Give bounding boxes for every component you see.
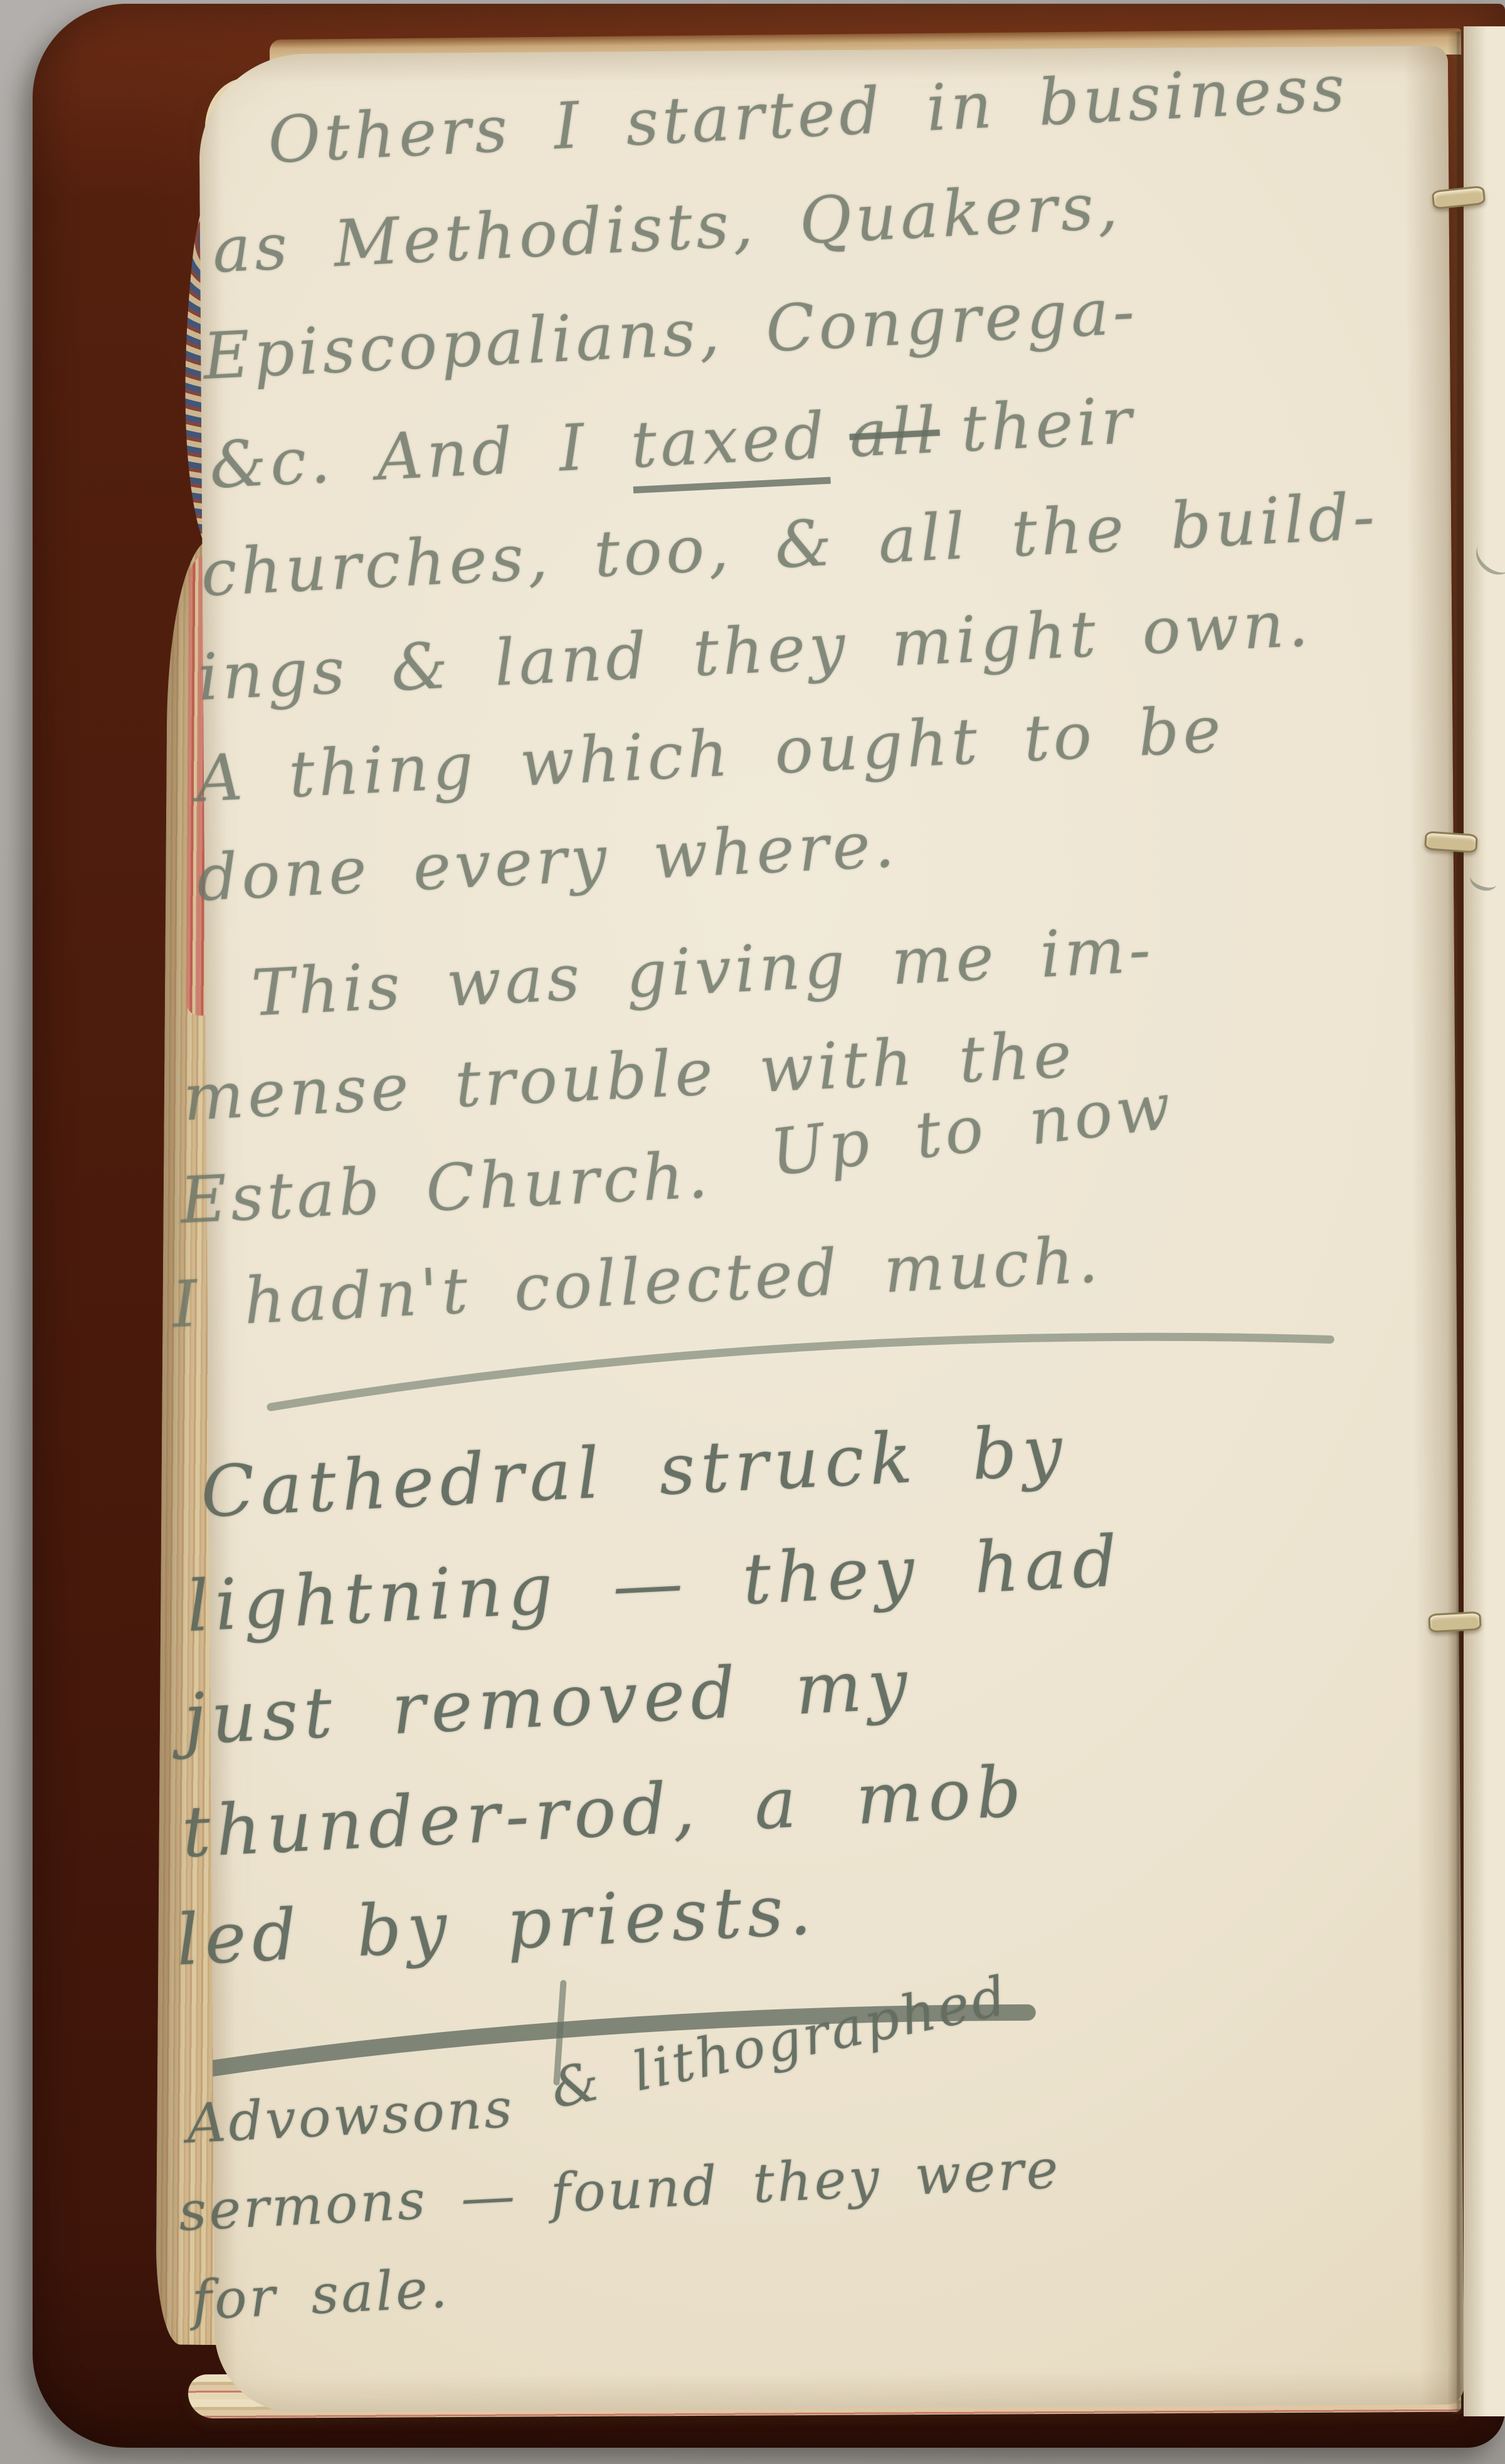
handwritten-line: just removed my bbox=[182, 1649, 914, 1755]
line-text: their bbox=[959, 384, 1138, 466]
handwritten-line: lightning — they had bbox=[185, 1526, 1124, 1642]
handwritten-line: done every where. bbox=[195, 813, 899, 911]
handwritten-line: ings & land they might own. bbox=[196, 592, 1313, 710]
handwritten-line: A thing which ought to be bbox=[194, 698, 1226, 812]
binding-stitch bbox=[1428, 1611, 1481, 1633]
photograph-background: { "handwriting": { "lines": [ {"text": "… bbox=[0, 0, 1505, 2464]
handwritten-line: This was giving me im- bbox=[250, 918, 1156, 1026]
handwritten-line: sermons — found they were bbox=[177, 2142, 1062, 2240]
handwritten-line: for sale. bbox=[191, 2261, 451, 2328]
line-text: Estab Church. bbox=[179, 1138, 714, 1238]
pencil-rule-divider-1 bbox=[270, 1335, 1331, 1407]
handwritten-line: Others I started in business bbox=[267, 56, 1349, 173]
struck-out-word: all bbox=[848, 393, 942, 472]
raised-insertion: & lithographed bbox=[546, 1969, 1013, 2117]
handwritten-line: as Methodists, Quakers, bbox=[211, 174, 1122, 283]
facing-page-sliver bbox=[1464, 26, 1505, 2416]
handwritten-line: Advowsons& lithographed bbox=[186, 2057, 1016, 2151]
handwritten-line: thunder-rod, a mob bbox=[181, 1757, 1028, 1868]
handwritten-line: Episcopalians, Congrega- bbox=[202, 280, 1140, 389]
line-text: &c. And I bbox=[208, 408, 633, 503]
handwritten-line: led by priests. bbox=[175, 1875, 818, 1976]
notebook-page: Others I started in business as Methodis… bbox=[199, 46, 1464, 2413]
binding-stitch bbox=[1424, 831, 1478, 853]
handwritten-line: I hadn't collected much. bbox=[171, 1228, 1103, 1337]
underlined-word: taxed bbox=[630, 404, 831, 493]
handwritten-line: Cathedral struck by bbox=[199, 1416, 1069, 1528]
line-text: Advowsons bbox=[186, 2077, 516, 2156]
handwritten-line: &c. And I taxedalltheir bbox=[208, 389, 1138, 514]
handwritten-line: Estab Church.Up to now bbox=[179, 1121, 1178, 1234]
